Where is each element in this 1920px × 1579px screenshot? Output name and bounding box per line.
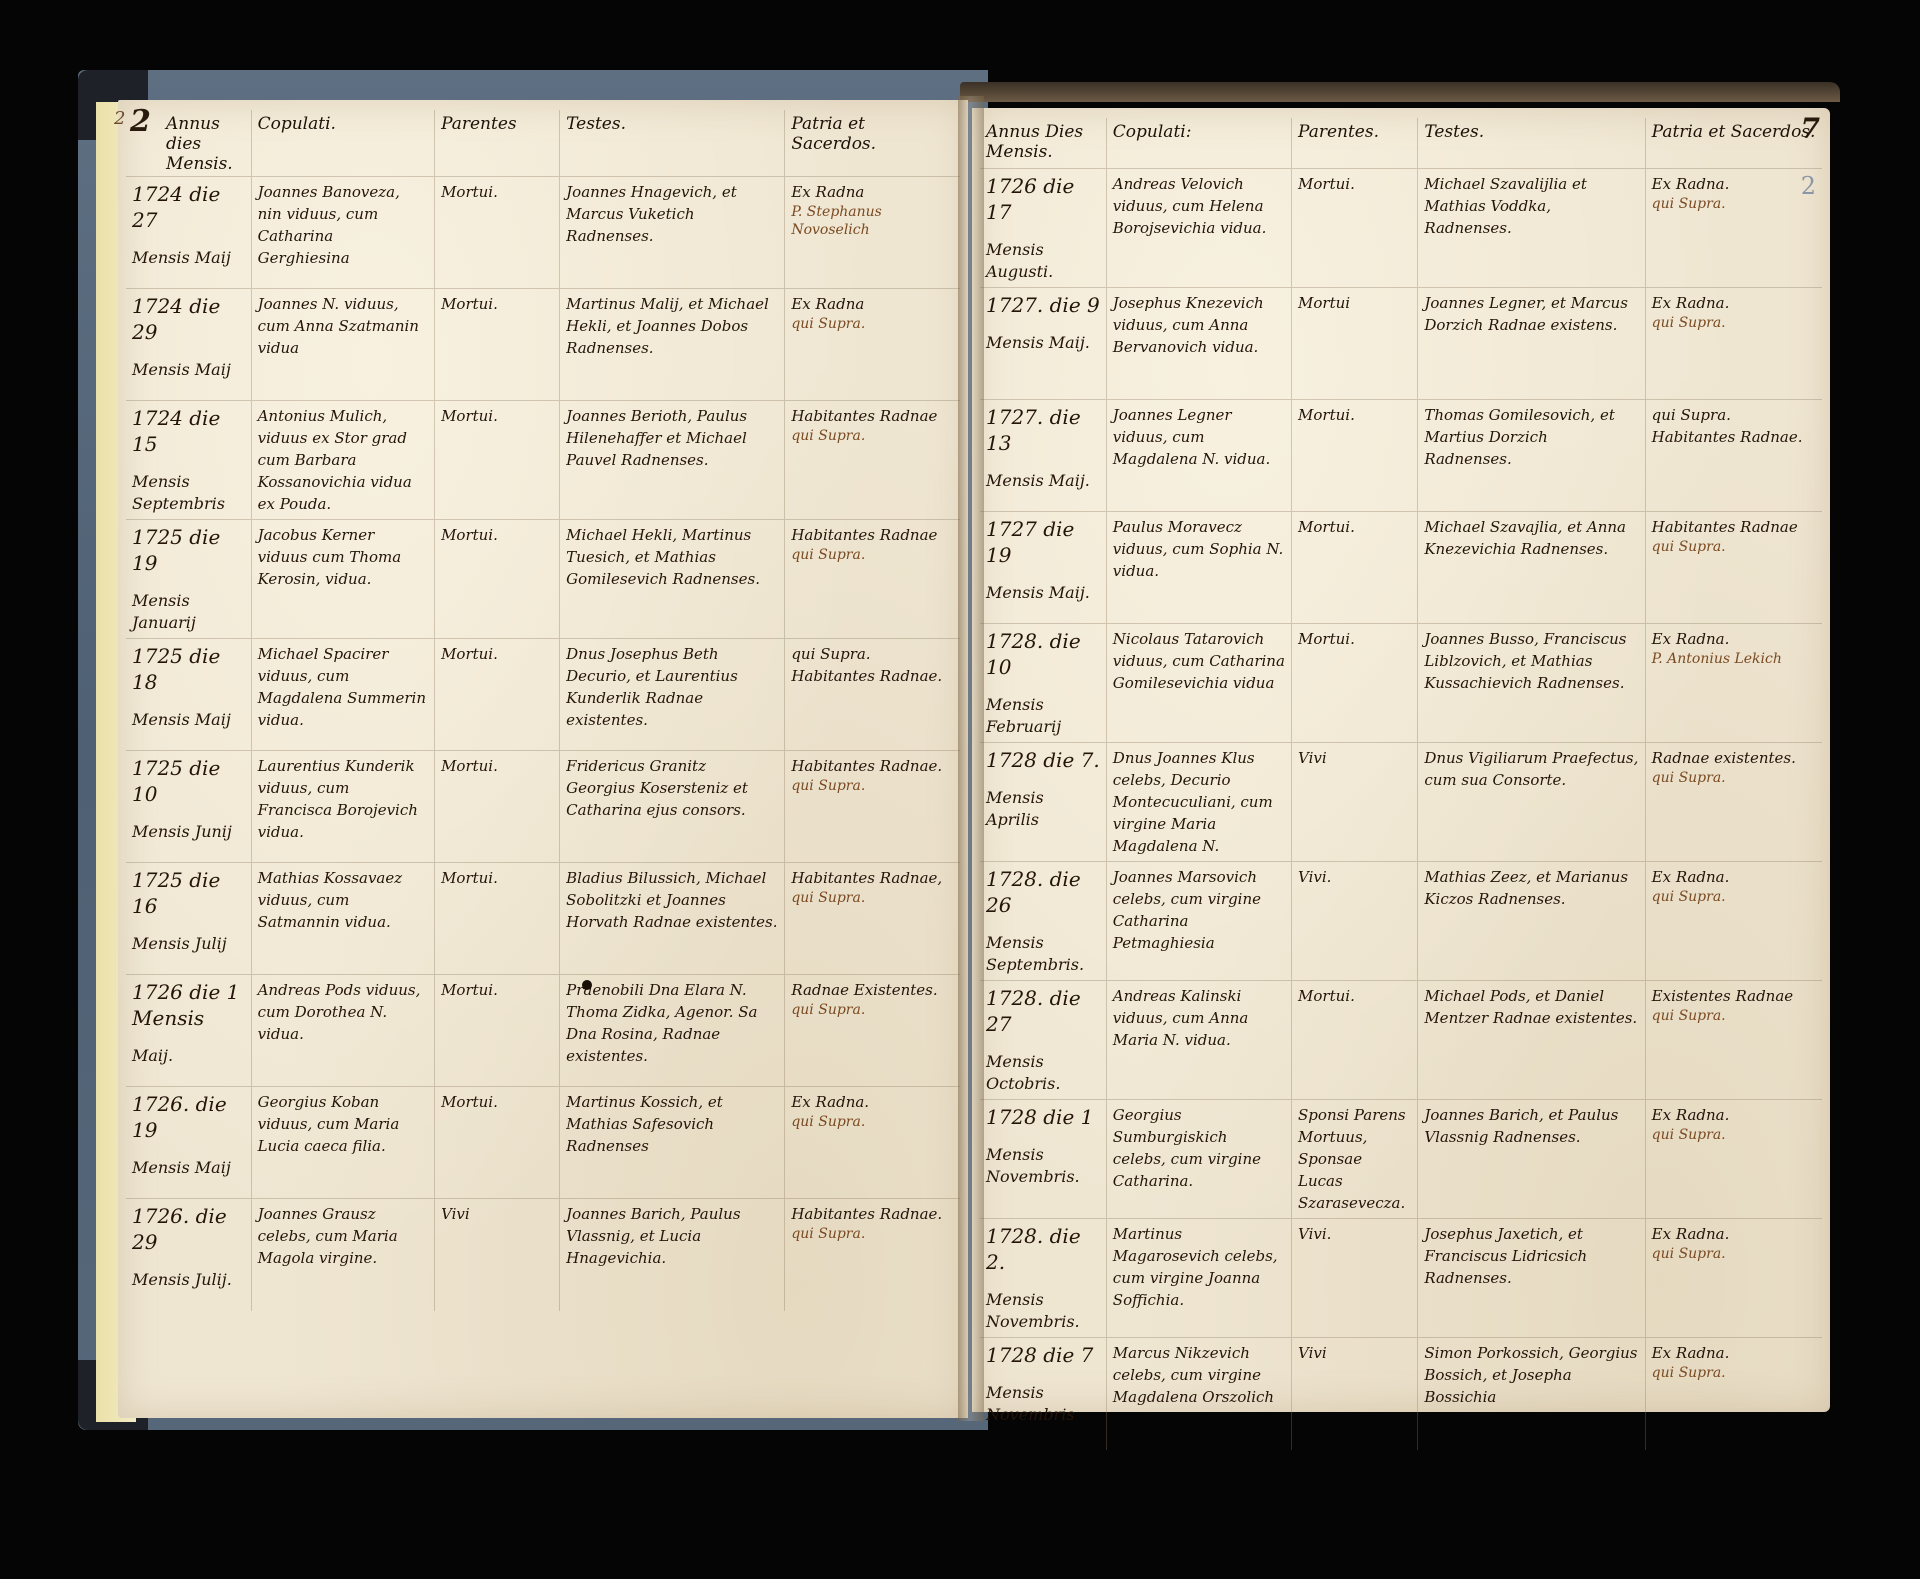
entry-patria-place: Existentes Radnae xyxy=(1652,987,1794,1005)
entry-patria-place: qui Supra. Habitantes Radnae. xyxy=(1652,406,1803,446)
entry-parentes: Mortui. xyxy=(435,751,560,863)
entry-sacerdos: qui Supra. xyxy=(791,315,954,333)
entry-sacerdos: qui Supra. xyxy=(791,427,954,445)
entry-parentes: Mortui. xyxy=(1292,624,1418,743)
entry-parentes: Mortui. xyxy=(435,1087,560,1199)
entry-copulati: Nicolaus Tatarovich viduus, cum Catharin… xyxy=(1106,624,1291,743)
entry-copulati: Josephus Knezevich viduus, cum Anna Berv… xyxy=(1106,288,1291,400)
entry-parentes: Mortui. xyxy=(435,975,560,1087)
entry-sacerdos: qui Supra. xyxy=(1652,1007,1816,1025)
entry-testes: Joannes Berioth, Paulus Hilenehaffer et … xyxy=(560,401,785,520)
entry-month: Mensis Octobris. xyxy=(986,1051,1100,1095)
entry-patria: Ex Radna P. Stephanus Novoselich xyxy=(785,177,960,289)
register-entry: 1728 die 1 Mensis Novembris. Georgius Su… xyxy=(980,1100,1822,1219)
entry-patria-place: Ex Radna. xyxy=(1652,1344,1730,1362)
entry-testes: Michael Szavajlia, et Anna Knezevichia R… xyxy=(1418,512,1645,624)
entry-parentes: Mortui. xyxy=(435,177,560,289)
entry-patria: Habitantes Radnae qui Supra. xyxy=(785,520,960,639)
entry-sacerdos: qui Supra. xyxy=(1652,538,1816,556)
entry-patria: Ex Radna. qui Supra. xyxy=(1645,169,1822,288)
entry-patria-place: Ex Radna xyxy=(791,295,864,313)
entry-month: Mensis Novembris xyxy=(986,1382,1100,1426)
entry-date: 1726 die 1 Mensis Maij. xyxy=(126,975,251,1087)
entry-date: 1725 die 10 Mensis Junij xyxy=(126,751,251,863)
header-row: Annus Dies Mensis. Copulati: Parentes. T… xyxy=(980,118,1822,169)
entry-testes: Mathias Zeez, et Marianus Kiczos Radnens… xyxy=(1418,862,1645,981)
entry-year-day: 1728. die 27 xyxy=(986,985,1100,1037)
entry-patria-place: Habitantes Radnae. xyxy=(791,1205,942,1223)
entry-testes: Michael Hekli, Martinus Tuesich, et Math… xyxy=(560,520,785,639)
entry-parentes: Vivi. xyxy=(1292,1219,1418,1338)
register-entry: 1725 die 16 Mensis Julij Mathias Kossava… xyxy=(126,863,960,975)
entry-date: 1724 die 29 Mensis Maij xyxy=(126,289,251,401)
col-header-parentes: Parentes xyxy=(435,110,560,177)
entry-month: Mensis Novembris. xyxy=(986,1289,1100,1333)
register-entry: 1725 die 10 Mensis Junij Laurentius Kund… xyxy=(126,751,960,863)
entry-date: 1724 die 27 Mensis Maij xyxy=(126,177,251,289)
old-page-number: 2 xyxy=(114,108,125,129)
entry-sacerdos: qui Supra. xyxy=(791,1001,954,1019)
register-entry: 1724 die 15 Mensis Septembris Antonius M… xyxy=(126,401,960,520)
entry-patria: Radnae Existentes. qui Supra. xyxy=(785,975,960,1087)
entry-copulati: Joannes N. viduus, cum Anna Szatmanin vi… xyxy=(251,289,434,401)
entry-month: Mensis Julij xyxy=(132,933,245,955)
entry-parentes: Mortui. xyxy=(1292,981,1418,1100)
entry-patria: Ex Radna. qui Supra. xyxy=(1645,862,1822,981)
entry-patria: Habitantes Radnae, qui Supra. xyxy=(785,863,960,975)
header-row: Annus dies Mensis. Copulati. Parentes Te… xyxy=(126,110,960,177)
entry-patria-place: Ex Radna. xyxy=(1652,868,1730,886)
entry-sacerdos: qui Supra. xyxy=(791,777,954,795)
entry-month: Mensis Junij xyxy=(132,821,245,843)
entry-testes: Fridericus Granitz Georgius Kosersteniz … xyxy=(560,751,785,863)
entry-year-day: 1728. die 2. xyxy=(986,1223,1100,1275)
entry-testes: Joannes Legner, et Marcus Dorzich Radnae… xyxy=(1418,288,1645,400)
entry-date: 1725 die 18 Mensis Maij xyxy=(126,639,251,751)
entry-year-day: 1724 die 29 xyxy=(132,293,245,345)
entry-month: Mensis Novembris. xyxy=(986,1144,1100,1188)
entry-copulati: Joannes Banoveza, nin viduus, cum Cathar… xyxy=(251,177,434,289)
register-entry: 1728. die 27 Mensis Octobris. Andreas Ka… xyxy=(980,981,1822,1100)
entry-patria: qui Supra. Habitantes Radnae. xyxy=(785,639,960,751)
col-header-testes: Testes. xyxy=(560,110,785,177)
entry-testes: Praenobili Dna Elara N. Thoma Zidka, Age… xyxy=(560,975,785,1087)
entry-month: Mensis Aprilis xyxy=(986,787,1100,831)
entry-copulati: Paulus Moravecz viduus, cum Sophia N. vi… xyxy=(1106,512,1291,624)
entry-patria: Ex Radna. qui Supra. xyxy=(1645,1338,1822,1450)
entry-parentes: Mortui. xyxy=(435,639,560,751)
col-header-testes: Testes. xyxy=(1418,118,1645,169)
left-page: 2 2 Annus dies Mensis. Copulati. Parente… xyxy=(118,100,968,1418)
entry-testes: Josephus Jaxetich, et Franciscus Lidrics… xyxy=(1418,1219,1645,1338)
entry-patria: Habitantes Radnae. qui Supra. xyxy=(785,751,960,863)
entry-patria-place: Habitantes Radnae. xyxy=(791,757,942,775)
entry-date: 1728. die 27 Mensis Octobris. xyxy=(980,981,1106,1100)
entry-patria: Ex Radna. qui Supra. xyxy=(785,1087,960,1199)
register-entry: 1727. die 9 Mensis Maij. Josephus Knezev… xyxy=(980,288,1822,400)
entry-month: Mensis Maij. xyxy=(986,332,1100,354)
entry-year-day: 1724 die 27 xyxy=(132,181,245,233)
entry-copulati: Laurentius Kunderik viduus, cum Francisc… xyxy=(251,751,434,863)
marriage-register-table-left: Annus dies Mensis. Copulati. Parentes Te… xyxy=(126,110,960,1311)
entry-patria: Ex Radna qui Supra. xyxy=(785,289,960,401)
entry-sacerdos: qui Supra. xyxy=(1652,888,1816,906)
col-header-patria: Patria et Sacerdos. xyxy=(785,110,960,177)
entry-date: 1725 die 16 Mensis Julij xyxy=(126,863,251,975)
entry-sacerdos: qui Supra. xyxy=(791,1113,954,1131)
entry-sacerdos: P. Antonius Lekich xyxy=(1652,650,1816,668)
entry-copulati: Jacobus Kerner viduus cum Thoma Kerosin,… xyxy=(251,520,434,639)
entry-patria: Habitantes Radnae qui Supra. xyxy=(1645,512,1822,624)
entry-testes: Martinus Kossich, et Mathias Safesovich … xyxy=(560,1087,785,1199)
register-entry: 1726. die 19 Mensis Maij Georgius Koban … xyxy=(126,1087,960,1199)
entry-year-day: 1728. die 10 xyxy=(986,628,1100,680)
col-header-date: Annus Dies Mensis. xyxy=(980,118,1106,169)
entry-patria-place: Habitantes Radnae xyxy=(791,407,937,425)
entry-testes: Martinus Malij, et Michael Hekli, et Joa… xyxy=(560,289,785,401)
register-entry: 1727. die 13 Mensis Maij. Joannes Legner… xyxy=(980,400,1822,512)
entry-date: 1728. die 10 Mensis Februarij xyxy=(980,624,1106,743)
entry-testes: Joannes Busso, Franciscus Liblzovich, et… xyxy=(1418,624,1645,743)
entry-parentes: Mortui. xyxy=(435,401,560,520)
entry-date: 1726. die 29 Mensis Julij. xyxy=(126,1199,251,1311)
entry-parentes: Mortui. xyxy=(435,520,560,639)
entry-patria-place: Habitantes Radnae xyxy=(1652,518,1798,536)
entry-copulati: Joannes Legner viduus, cum Magdalena N. … xyxy=(1106,400,1291,512)
entry-copulati: Andreas Velovich viduus, cum Helena Boro… xyxy=(1106,169,1291,288)
entry-patria: Habitantes Radnae qui Supra. xyxy=(785,401,960,520)
entry-parentes: Mortui. xyxy=(1292,512,1418,624)
entry-patria: Ex Radna. P. Antonius Lekich xyxy=(1645,624,1822,743)
entry-sacerdos: P. Stephanus Novoselich xyxy=(791,203,954,239)
register-entry: 1726. die 29 Mensis Julij. Joannes Graus… xyxy=(126,1199,960,1311)
entry-date: 1726 die 17 Mensis Augusti. xyxy=(980,169,1106,288)
entry-patria-place: Habitantes Radnae xyxy=(791,526,937,544)
entry-copulati: Joannes Marsovich celebs, cum virgine Ca… xyxy=(1106,862,1291,981)
register-body-left: 1724 die 27 Mensis Maij Joannes Banoveza… xyxy=(126,177,960,1311)
col-header-copulati: Copulati. xyxy=(251,110,434,177)
entry-month: Mensis Augusti. xyxy=(986,239,1100,283)
entry-patria-place: Radnae existentes. xyxy=(1652,749,1796,767)
entry-month: Maij. xyxy=(132,1045,245,1067)
entry-parentes: Sponsi Parens Mortuus, Sponsae Lucas Sza… xyxy=(1292,1100,1418,1219)
entry-year-day: 1727. die 9 xyxy=(986,292,1100,318)
entry-date: 1728 die 1 Mensis Novembris. xyxy=(980,1100,1106,1219)
entry-testes: Dnus Vigiliarum Praefectus, cum sua Cons… xyxy=(1418,743,1645,862)
entry-month: Mensis Maij xyxy=(132,709,245,731)
entry-date: 1728. die 26 Mensis Septembris. xyxy=(980,862,1106,981)
entry-copulati: Andreas Kalinski viduus, cum Anna Maria … xyxy=(1106,981,1291,1100)
entry-month: Mensis Maij xyxy=(132,1157,245,1179)
book-gutter xyxy=(958,96,984,1421)
register-entry: 1724 die 29 Mensis Maij Joannes N. viduu… xyxy=(126,289,960,401)
entry-patria-place: qui Supra. Habitantes Radnae. xyxy=(791,645,942,685)
entry-testes: Thomas Gomilesovich, et Martius Dorzich … xyxy=(1418,400,1645,512)
entry-sacerdos: qui Supra. xyxy=(1652,314,1816,332)
entry-sacerdos: qui Supra. xyxy=(1652,769,1816,787)
entry-month: Mensis Julij. xyxy=(132,1269,245,1291)
entry-parentes: Vivi xyxy=(435,1199,560,1311)
entry-year-day: 1728 die 1 xyxy=(986,1104,1100,1130)
entry-sacerdos: qui Supra. xyxy=(1652,1245,1816,1263)
col-header-parentes: Parentes. xyxy=(1292,118,1418,169)
entry-copulati: Marcus Nikzevich celebs, cum virgine Mag… xyxy=(1106,1338,1291,1450)
register-entry: 1724 die 27 Mensis Maij Joannes Banoveza… xyxy=(126,177,960,289)
entry-copulati: Dnus Joannes Klus celebs, Decurio Montec… xyxy=(1106,743,1291,862)
entry-year-day: 1727. die 13 xyxy=(986,404,1100,456)
entry-month: Mensis Februarij xyxy=(986,694,1100,738)
entry-patria-place: Ex Radna. xyxy=(1652,175,1730,193)
entry-date: 1724 die 15 Mensis Septembris xyxy=(126,401,251,520)
entry-month: Mensis Maij. xyxy=(986,582,1100,604)
entry-month: Mensis Maij xyxy=(132,359,245,381)
col-header-copulati: Copulati: xyxy=(1106,118,1291,169)
entry-date: 1726. die 19 Mensis Maij xyxy=(126,1087,251,1199)
right-page: 7 2 Annus Dies Mensis. Copulati: Parente… xyxy=(972,108,1830,1412)
register-entry: 1726 die 17 Mensis Augusti. Andreas Velo… xyxy=(980,169,1822,288)
entry-year-day: 1726. die 19 xyxy=(132,1091,245,1143)
entry-parentes: Mortui. xyxy=(1292,400,1418,512)
marriage-register-table-right: Annus Dies Mensis. Copulati: Parentes. T… xyxy=(980,118,1822,1450)
entry-sacerdos: qui Supra. xyxy=(791,1225,954,1243)
entry-testes: Bladius Bilussich, Michael Sobolitzki et… xyxy=(560,863,785,975)
entry-month: Mensis Septembris xyxy=(132,471,245,515)
register-entry: 1727 die 19 Mensis Maij. Paulus Moravecz… xyxy=(980,512,1822,624)
entry-testes: Joannes Barich, Paulus Vlassnig, et Luci… xyxy=(560,1199,785,1311)
entry-parentes: Mortui. xyxy=(435,863,560,975)
entry-month: Mensis Maij xyxy=(132,247,245,269)
register-entry: 1728 die 7. Mensis Aprilis Dnus Joannes … xyxy=(980,743,1822,862)
register-entry: 1728 die 7 Mensis Novembris Marcus Nikze… xyxy=(980,1338,1822,1450)
entry-year-day: 1728. die 26 xyxy=(986,866,1100,918)
entry-year-day: 1724 die 15 xyxy=(132,405,245,457)
entry-year-day: 1726. die 29 xyxy=(132,1203,245,1255)
entry-patria: Habitantes Radnae. qui Supra. xyxy=(785,1199,960,1311)
entry-patria-place: Ex Radna. xyxy=(1652,1225,1730,1243)
entry-copulati: Michael Spacirer viduus, cum Magdalena S… xyxy=(251,639,434,751)
entry-testes: Michael Pods, et Daniel Mentzer Radnae e… xyxy=(1418,981,1645,1100)
entry-parentes: Vivi xyxy=(1292,743,1418,862)
entry-copulati: Georgius Sumburgiskich celebs, cum virgi… xyxy=(1106,1100,1291,1219)
entry-patria: Existentes Radnae qui Supra. xyxy=(1645,981,1822,1100)
entry-testes: Joannes Hnagevich, et Marcus Vuketich Ra… xyxy=(560,177,785,289)
entry-testes: Michael Szavalijlia et Mathias Voddka, R… xyxy=(1418,169,1645,288)
entry-patria: Ex Radna. qui Supra. xyxy=(1645,288,1822,400)
col-header-date: Annus dies Mensis. xyxy=(126,110,251,177)
entry-testes: Dnus Josephus Beth Decurio, et Laurentiu… xyxy=(560,639,785,751)
entry-patria: Radnae existentes. qui Supra. xyxy=(1645,743,1822,862)
entry-month: Mensis Januarij xyxy=(132,590,245,634)
entry-parentes: Mortui. xyxy=(435,289,560,401)
register-entry: 1725 die 18 Mensis Maij Michael Spacirer… xyxy=(126,639,960,751)
entry-date: 1728 die 7. Mensis Aprilis xyxy=(980,743,1106,862)
entry-testes: Joannes Barich, et Paulus Vlassnig Radne… xyxy=(1418,1100,1645,1219)
entry-year-day: 1728 die 7 xyxy=(986,1342,1100,1368)
entry-parentes: Vivi xyxy=(1292,1338,1418,1450)
entry-year-day: 1725 die 18 xyxy=(132,643,245,695)
entry-patria: Ex Radna. qui Supra. xyxy=(1645,1100,1822,1219)
entry-copulati: Georgius Koban viduus, cum Maria Lucia c… xyxy=(251,1087,434,1199)
entry-sacerdos: qui Supra. xyxy=(1652,195,1816,213)
entry-year-day: 1725 die 16 xyxy=(132,867,245,919)
col-header-patria: Patria et Sacerdos. xyxy=(1645,118,1822,169)
entry-patria: qui Supra. Habitantes Radnae. xyxy=(1645,400,1822,512)
register-entry: 1725 die 19 Mensis Januarij Jacobus Kern… xyxy=(126,520,960,639)
entry-year-day: 1726 die 17 xyxy=(986,173,1100,225)
ink-blot xyxy=(582,980,592,990)
entry-copulati: Andreas Pods viduus, cum Dorothea N. vid… xyxy=(251,975,434,1087)
entry-parentes: Mortui. xyxy=(1292,169,1418,288)
entry-parentes: Mortui xyxy=(1292,288,1418,400)
entry-date: 1727. die 13 Mensis Maij. xyxy=(980,400,1106,512)
entry-sacerdos: qui Supra. xyxy=(791,889,954,907)
entry-year-day: 1727 die 19 xyxy=(986,516,1100,568)
entry-sacerdos: qui Supra. xyxy=(1652,1126,1816,1144)
entry-sacerdos: qui Supra. xyxy=(1652,1364,1816,1382)
register-entry: 1726 die 1 Mensis Maij. Andreas Pods vid… xyxy=(126,975,960,1087)
entry-patria-place: Habitantes Radnae, xyxy=(791,869,942,887)
entry-year-day: 1726 die 1 Mensis xyxy=(132,979,245,1031)
entry-patria: Ex Radna. qui Supra. xyxy=(1645,1219,1822,1338)
entry-patria-place: Ex Radna. xyxy=(791,1093,869,1111)
register-entry: 1728. die 2. Mensis Novembris. Martinus … xyxy=(980,1219,1822,1338)
entry-parentes: Vivi. xyxy=(1292,862,1418,981)
entry-copulati: Antonius Mulich, viduus ex Stor grad cum… xyxy=(251,401,434,520)
book-cover-top-edge xyxy=(960,82,1840,102)
entry-date: 1725 die 19 Mensis Januarij xyxy=(126,520,251,639)
entry-date: 1728 die 7 Mensis Novembris xyxy=(980,1338,1106,1450)
register-body-right: 1726 die 17 Mensis Augusti. Andreas Velo… xyxy=(980,169,1822,1450)
entry-year-day: 1725 die 19 xyxy=(132,524,245,576)
entry-patria-place: Ex Radna xyxy=(791,183,864,201)
entry-sacerdos: qui Supra. xyxy=(791,546,954,564)
entry-patria-place: Ex Radna. xyxy=(1652,630,1730,648)
entry-patria-place: Ex Radna. xyxy=(1652,294,1730,312)
entry-date: 1727 die 19 Mensis Maij. xyxy=(980,512,1106,624)
entry-testes: Simon Porkossich, Georgius Bossich, et J… xyxy=(1418,1338,1645,1450)
entry-copulati: Martinus Magarosevich celebs, cum virgin… xyxy=(1106,1219,1291,1338)
entry-date: 1728. die 2. Mensis Novembris. xyxy=(980,1219,1106,1338)
register-entry: 1728. die 10 Mensis Februarij Nicolaus T… xyxy=(980,624,1822,743)
entry-copulati: Mathias Kossavaez viduus, cum Satmannin … xyxy=(251,863,434,975)
entry-month: Mensis Septembris. xyxy=(986,932,1100,976)
entry-copulati: Joannes Grausz celebs, cum Maria Magola … xyxy=(251,1199,434,1311)
entry-month: Mensis Maij. xyxy=(986,470,1100,492)
entry-patria-place: Ex Radna. xyxy=(1652,1106,1730,1124)
register-entry: 1728. die 26 Mensis Septembris. Joannes … xyxy=(980,862,1822,981)
entry-date: 1727. die 9 Mensis Maij. xyxy=(980,288,1106,400)
entry-patria-place: Radnae Existentes. xyxy=(791,981,937,999)
entry-year-day: 1725 die 10 xyxy=(132,755,245,807)
entry-year-day: 1728 die 7. xyxy=(986,747,1100,773)
